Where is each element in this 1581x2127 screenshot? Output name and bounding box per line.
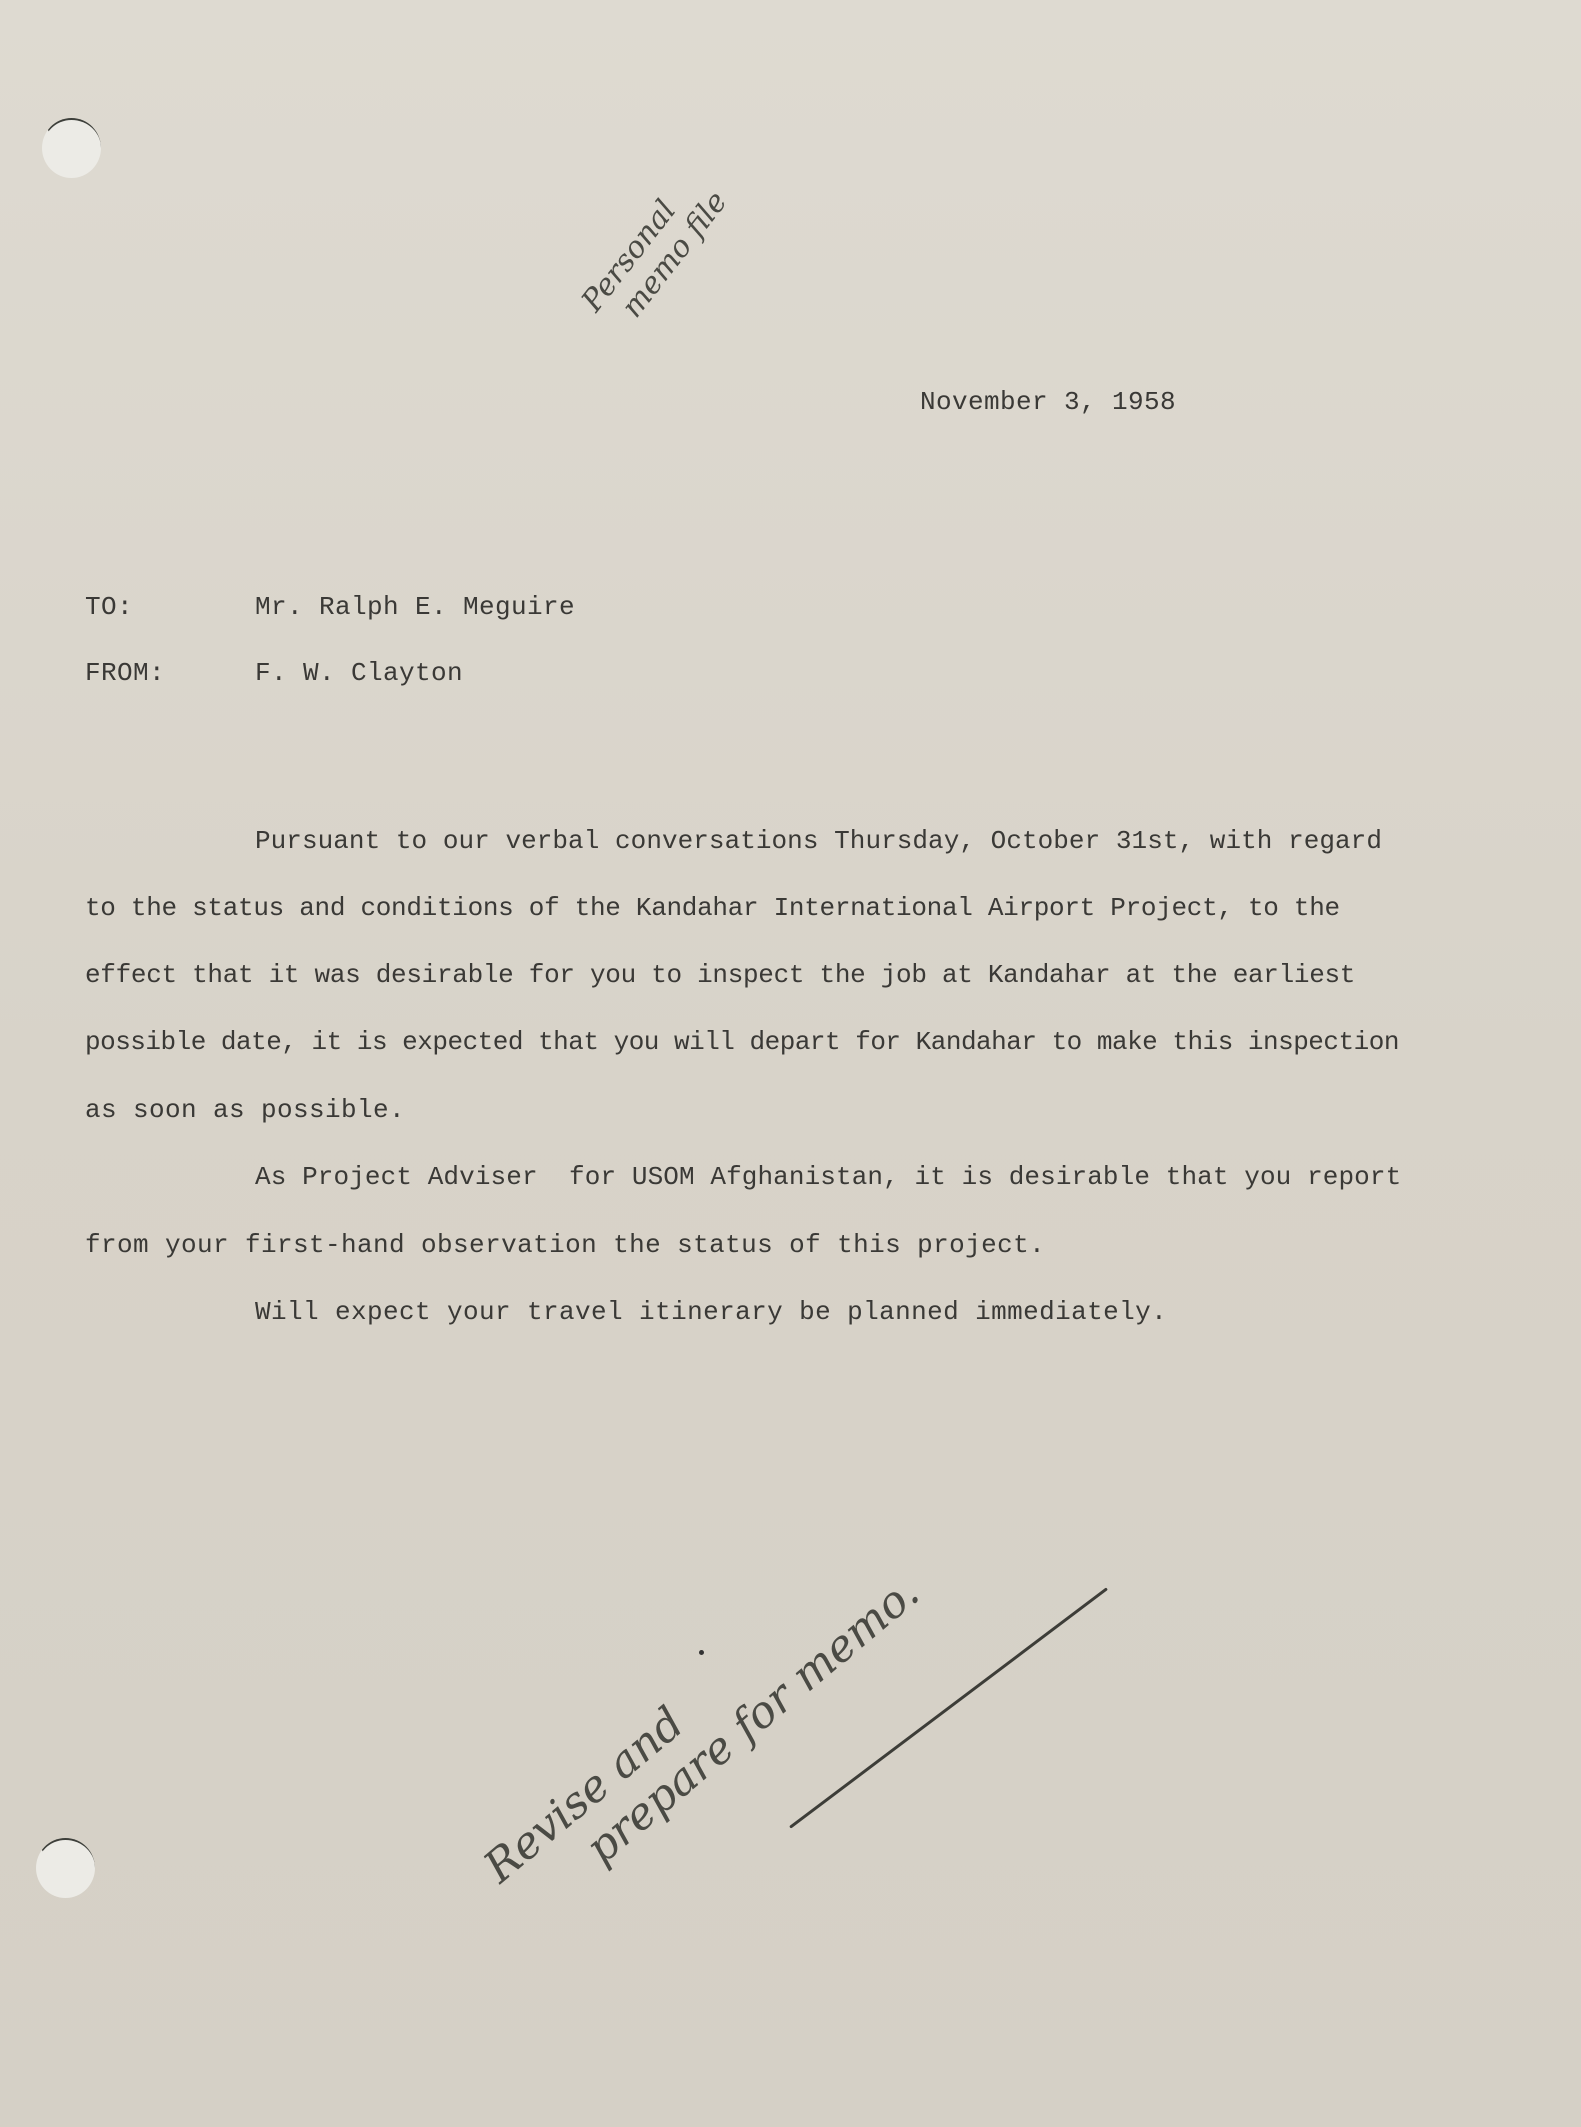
body-line-4: possible date, it is expected that you w… bbox=[85, 1027, 1399, 1057]
body-line-8: Will expect your travel itinerary be pla… bbox=[255, 1297, 1167, 1327]
annotation-bottom-line1: Revise and bbox=[474, 1528, 896, 1893]
body-line-1: Pursuant to our verbal conversations Thu… bbox=[255, 826, 1382, 856]
body-line-6: As Project Adviser for USOM Afghanistan,… bbox=[255, 1162, 1401, 1192]
body-line-7: from your first-hand observation the sta… bbox=[85, 1230, 1045, 1260]
annotation-bottom-line2: prepare for memo. bbox=[576, 1567, 929, 1875]
to-label: TO: bbox=[85, 592, 133, 622]
punch-hole-bottom bbox=[36, 1838, 95, 1898]
to-recipient: Mr. Ralph E. Meguire bbox=[255, 592, 575, 622]
handwritten-annotation-top: Personal memo file bbox=[575, 163, 735, 340]
from-label: FROM: bbox=[85, 658, 165, 688]
pencil-dot bbox=[699, 1650, 704, 1655]
body-line-2: to the status and conditions of the Kand… bbox=[85, 893, 1340, 923]
memo-date: November 3, 1958 bbox=[920, 387, 1176, 417]
handwritten-annotation-bottom: Revise and prepare for memo. bbox=[474, 1528, 928, 1932]
body-line-3: effect that it was desirable for you to … bbox=[85, 960, 1355, 990]
body-line-5: as soon as possible. bbox=[85, 1095, 405, 1125]
from-sender: F. W. Clayton bbox=[255, 658, 463, 688]
punch-hole-top bbox=[42, 118, 101, 178]
